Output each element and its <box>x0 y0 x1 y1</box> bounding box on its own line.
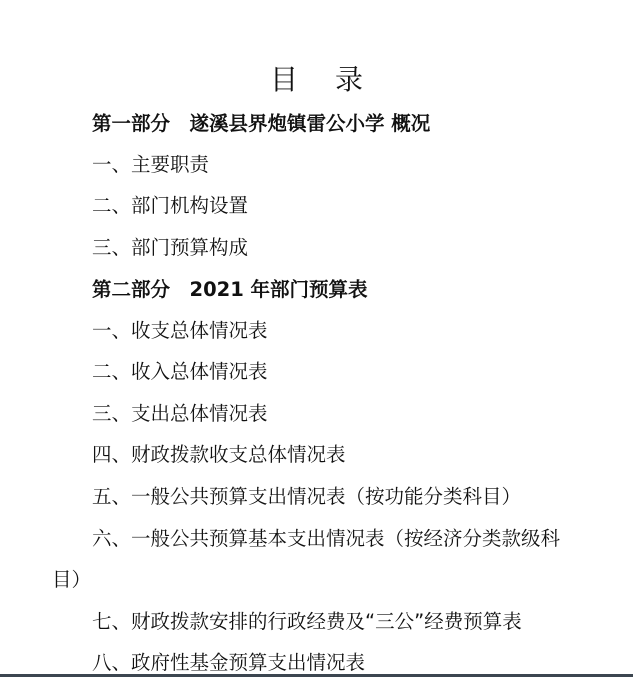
toc-item: 一、收支总体情况表 <box>92 318 268 344</box>
toc-item: 二、收入总体情况表 <box>92 359 268 385</box>
toc-item-continuation: 目） <box>52 567 91 593</box>
toc-item: 一、主要职责 <box>92 152 209 178</box>
toc-item: 二、部门机构设置 <box>92 193 248 219</box>
toc-part-1-heading: 第一部分 遂溪县界炮镇雷公小学 概况 <box>92 111 430 137</box>
toc-item: 三、支出总体情况表 <box>92 401 268 427</box>
toc-item: 六、一般公共预算基本支出情况表（按经济分类款级科 <box>92 526 560 552</box>
toc-item: 三、部门预算构成 <box>92 235 248 261</box>
toc-item: 五、一般公共预算支出情况表（按功能分类科目） <box>92 484 521 510</box>
toc-item: 四、财政拨款收支总体情况表 <box>92 442 346 468</box>
toc-part-2-heading: 第二部分 2021 年部门预算表 <box>92 277 368 303</box>
toc-item: 八、政府性基金预算支出情况表 <box>92 650 365 676</box>
toc-title: 目 录 <box>0 62 633 98</box>
toc-item: 七、财政拨款安排的行政经费及“三公”经费预算表 <box>92 609 522 635</box>
